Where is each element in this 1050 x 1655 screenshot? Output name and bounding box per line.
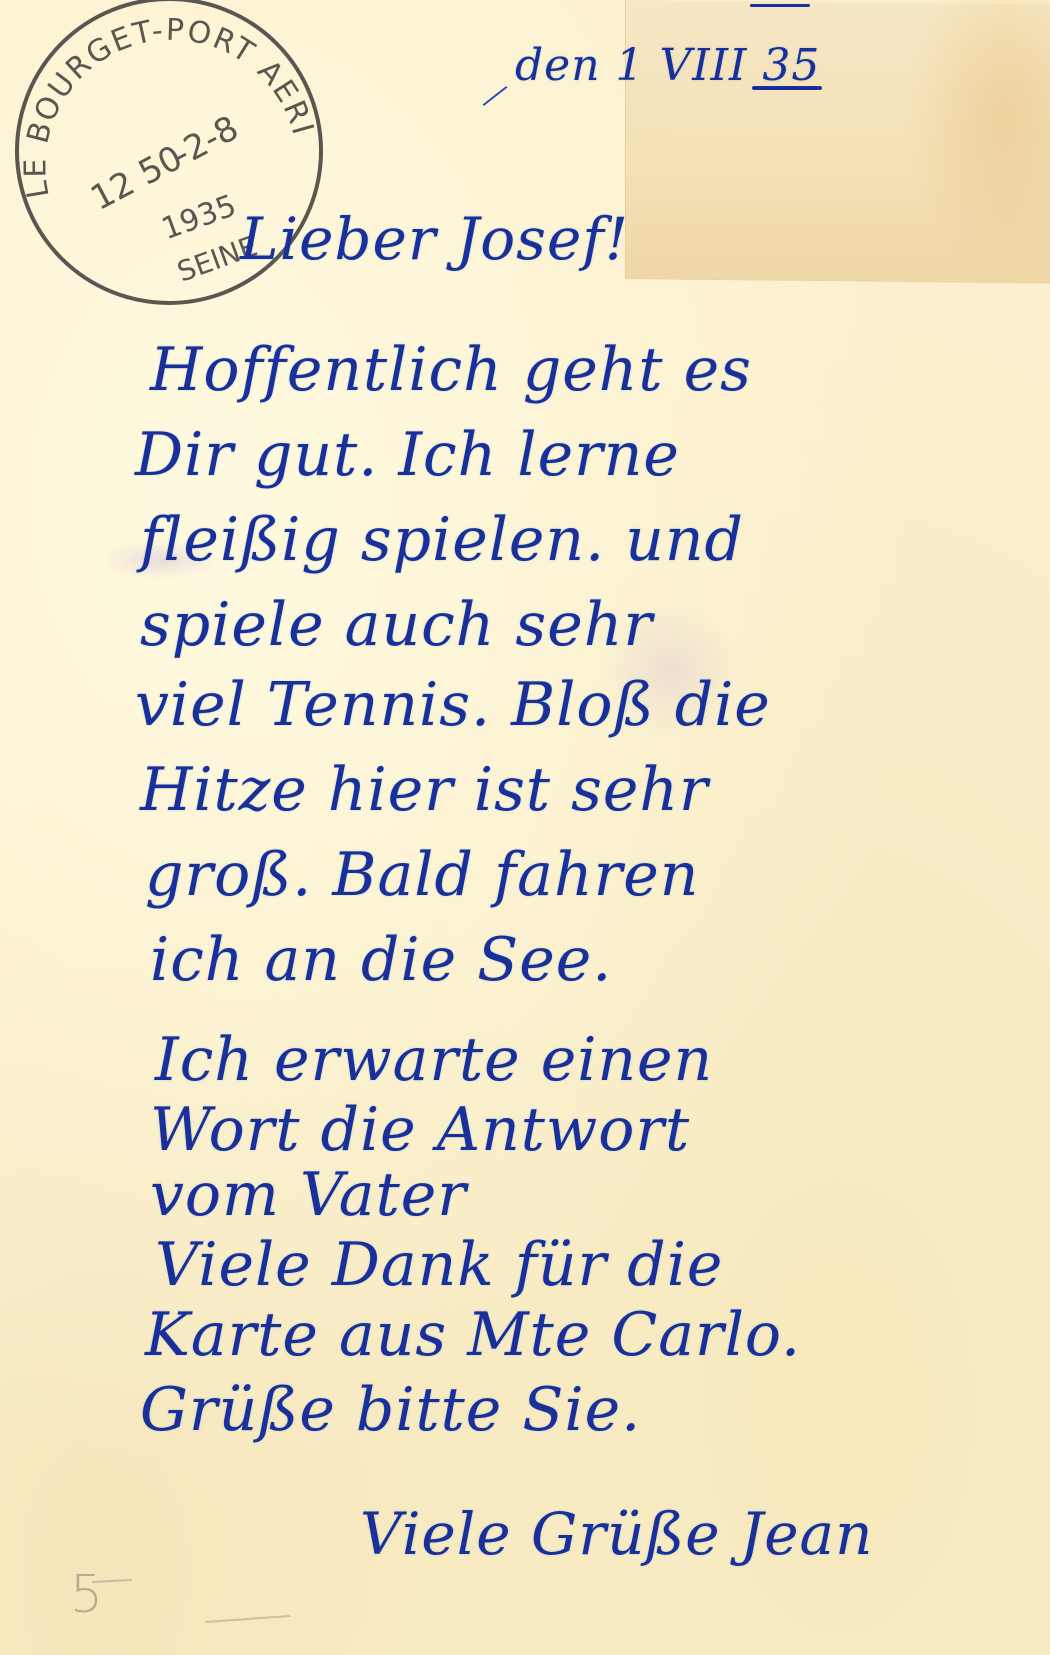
- body-line: fleißig spielen. und: [140, 505, 744, 575]
- body-line: Grüße bitte Sie.: [140, 1375, 641, 1445]
- body-line: groß. Bald fahren: [145, 840, 699, 910]
- body-line: Viele Dank für die: [155, 1230, 723, 1300]
- date-underline: [752, 86, 822, 90]
- letter-greeting: Lieber Josef!: [240, 205, 629, 273]
- pencil-number: 5: [70, 1565, 103, 1625]
- body-line: Dir gut. Ich lerne: [135, 420, 680, 490]
- body-line: Karte aus Mte Carlo.: [145, 1300, 801, 1370]
- body-line: Hitze hier ist sehr: [140, 755, 709, 825]
- letter-signoff: Viele Grüße Jean: [360, 1500, 873, 1568]
- body-line: ich an die See.: [150, 925, 612, 995]
- body-line: viel Tennis. Bloß die: [135, 670, 771, 740]
- letter-date: den 1 VIII 35: [515, 40, 820, 91]
- body-line: Ich erwarte einen: [155, 1025, 713, 1095]
- body-line: Wort die Antwort: [150, 1095, 690, 1165]
- date-overline: [750, 4, 810, 7]
- body-line: spiele auch sehr: [140, 590, 653, 660]
- water-stain: [905, 0, 1050, 290]
- body-line: Hoffentlich geht es: [150, 335, 752, 405]
- body-line: vom Vater: [150, 1160, 467, 1230]
